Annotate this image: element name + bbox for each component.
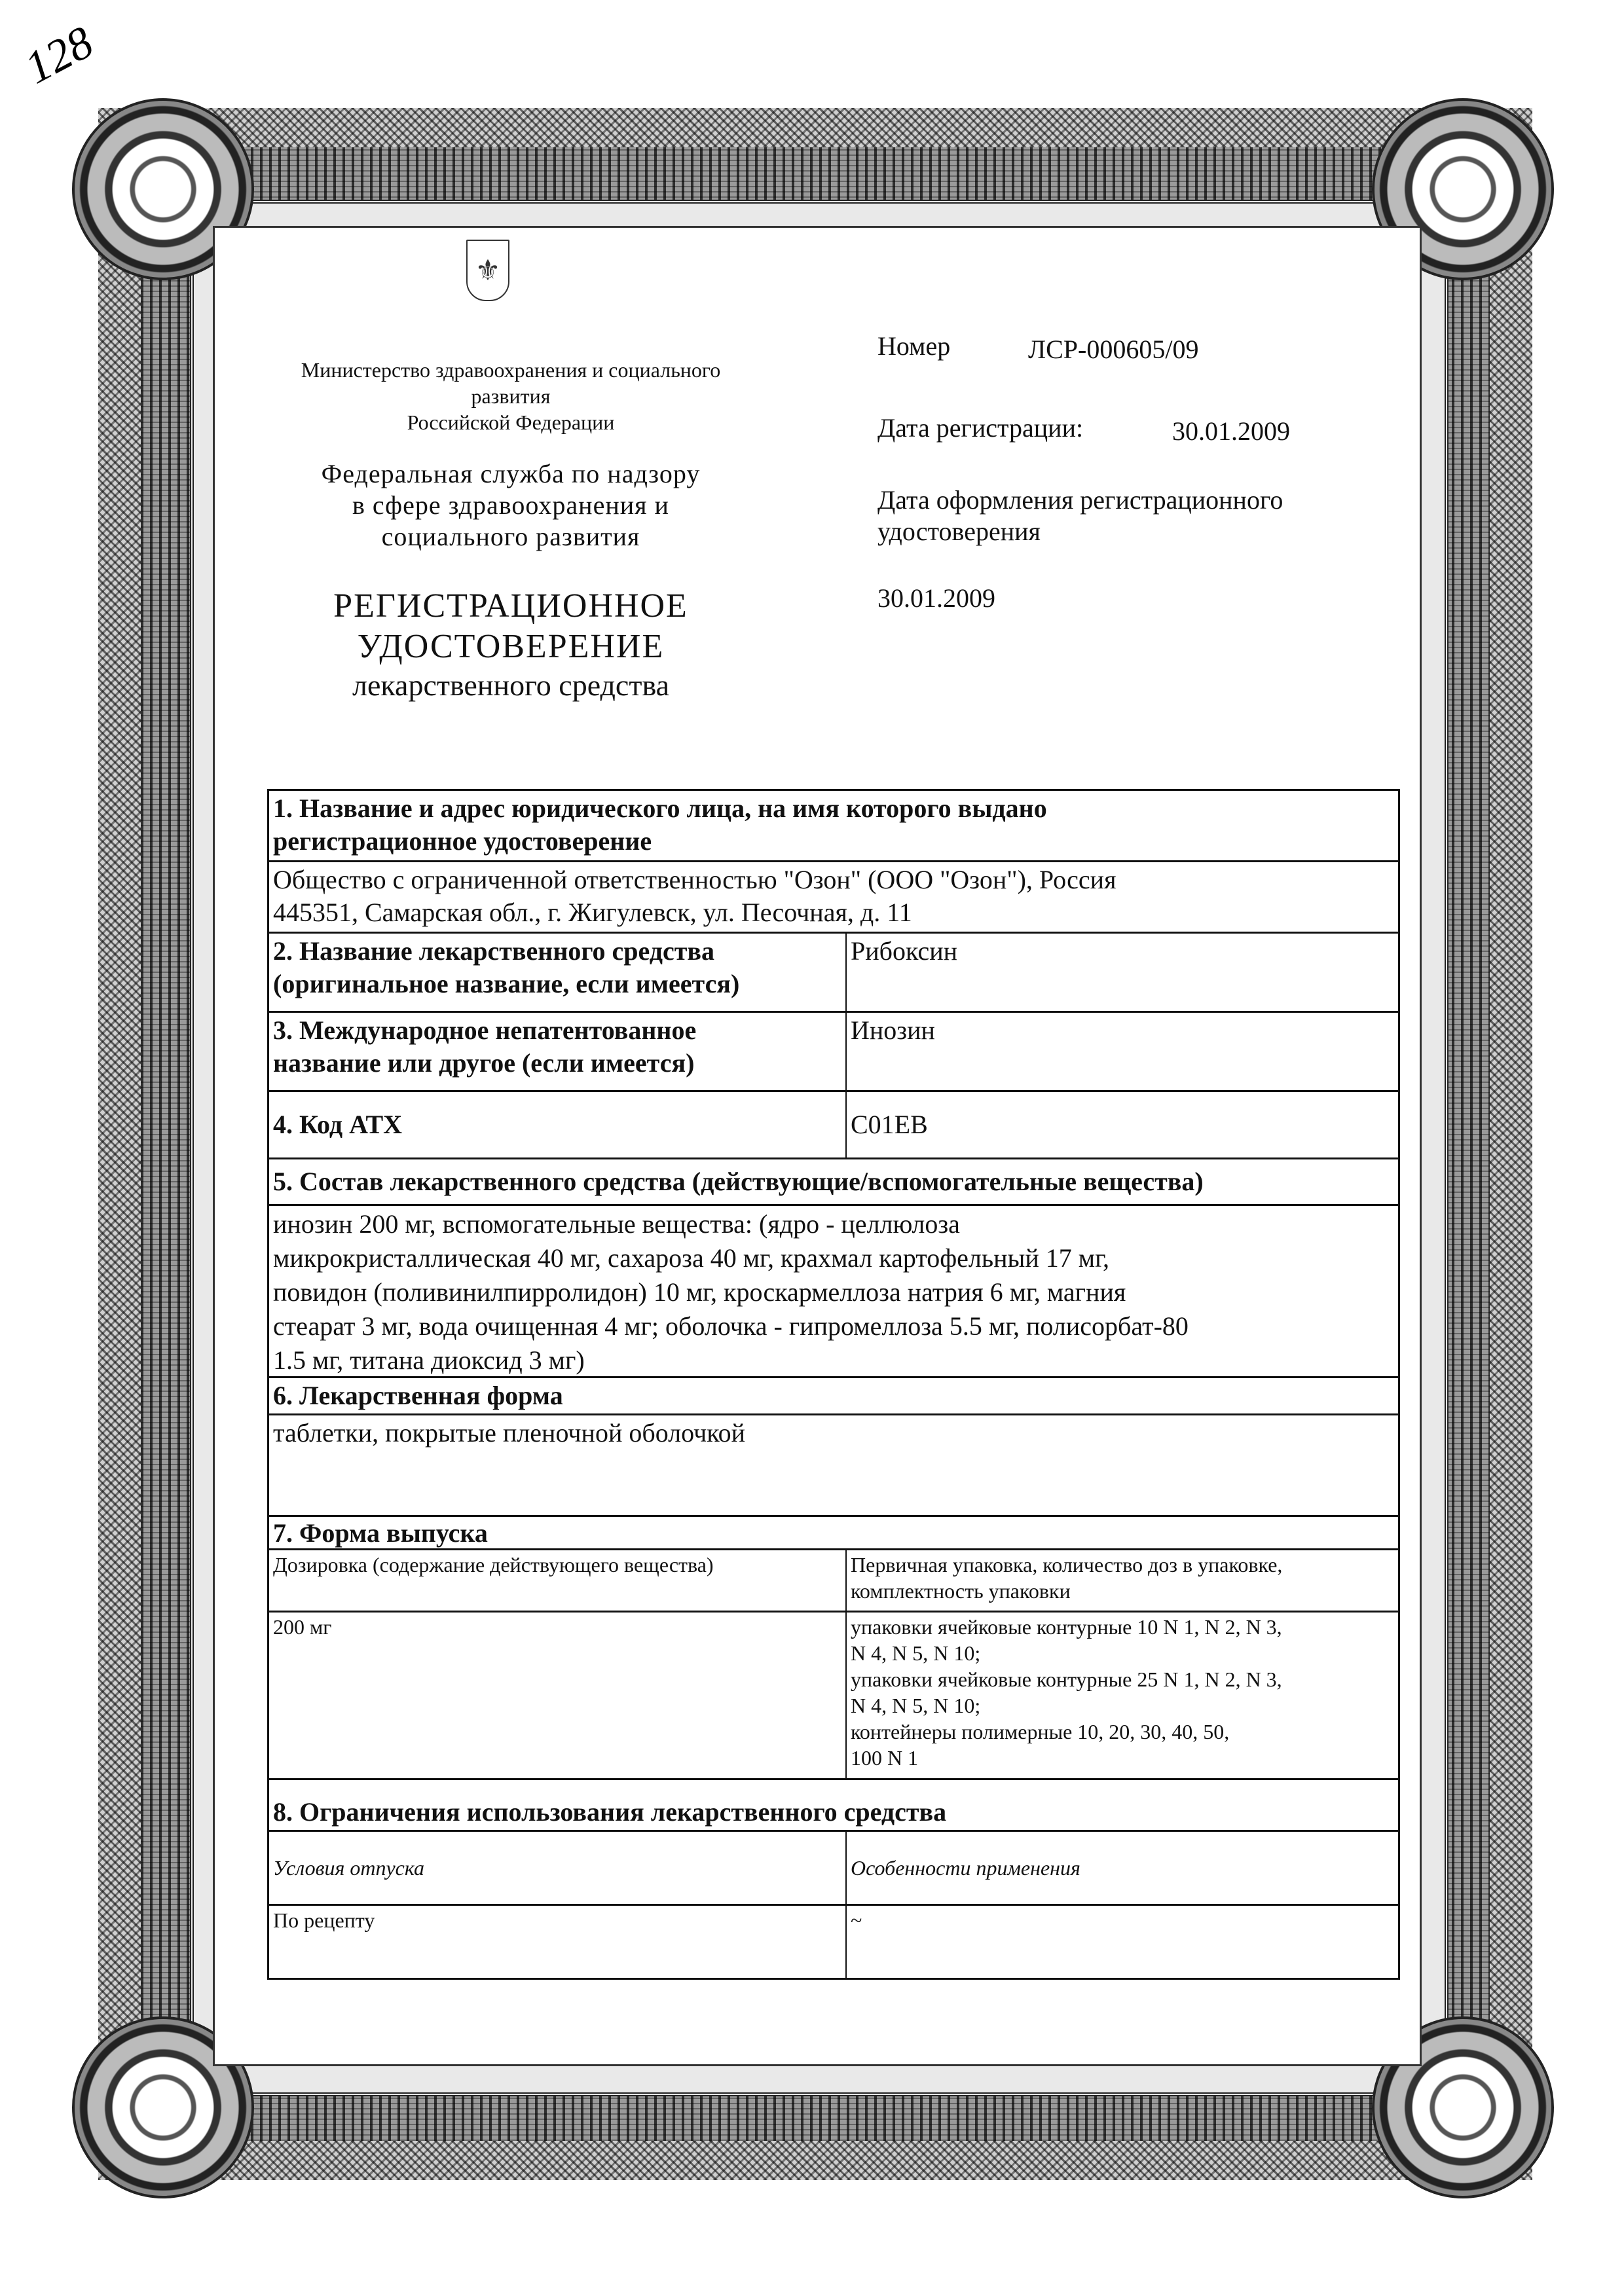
service-line: в сфере здравоохранения и [216, 490, 805, 521]
drug-name: Рибоксин [847, 934, 1398, 1011]
atc-code: C01EB [847, 1092, 1398, 1157]
header-line: Первичная упаковка, количество доз в упа… [851, 1552, 1394, 1578]
section-5-heading: 5. Состав лекарственного средства (дейст… [269, 1159, 1398, 1206]
section-4-row: 4. Код АТХ C01EB [269, 1092, 1398, 1159]
section-8-column-headers: Условия отпуска Особенности применения [269, 1832, 1398, 1906]
packaging-list: упаковки ячейковые контурные 10 N 1, N 2… [847, 1613, 1398, 1778]
heading-line: 2. Название лекарственного средства [273, 935, 841, 968]
heading-line: 1. Название и адрес юридического лица, н… [273, 792, 1394, 825]
federal-service-name: Федеральная служба по надзору в сфере зд… [216, 458, 805, 553]
dispensing-value: По рецепту [269, 1906, 847, 1978]
packaging-line: N 4, N 5, N 10; [851, 1692, 1394, 1719]
composition-line: инозин 200 мг, вспомогательные вещества:… [273, 1207, 1394, 1241]
section-8-heading: 8. Ограничения использования лекарственн… [269, 1780, 1398, 1832]
inn-name: Инозин [847, 1013, 1398, 1090]
dosage-form: таблетки, покрытые пленочной оболочкой [269, 1415, 1398, 1515]
registration-date-label: Дата регистрации: [877, 412, 1083, 444]
company-address: 445351, Самарская обл., г. Жигулевск, ул… [273, 896, 1394, 929]
title-line: УДОСТОВЕРЕНИЕ [216, 627, 805, 667]
section-7-values: 200 мг упаковки ячейковые контурные 10 N… [269, 1613, 1398, 1780]
issue-date-label: Дата оформления регистрационного удостов… [877, 484, 1401, 547]
section-1-heading: 1. Название и адрес юридического лица, н… [269, 791, 1398, 862]
packaging-line: 100 N 1 [851, 1745, 1394, 1771]
packaging-line: контейнеры полимерные 10, 20, 30, 40, 50… [851, 1719, 1394, 1745]
ministry-line: Российской Федерации [216, 409, 805, 435]
dosage-column-header: Дозировка (содержание действующего вещес… [269, 1550, 847, 1611]
dispensing-column-header: Условия отпуска [269, 1832, 847, 1904]
packaging-line: упаковки ячейковые контурные 25 N 1, N 2… [851, 1666, 1394, 1692]
ministry-name: Министерство здравоохранения и социально… [216, 357, 805, 435]
composition-text: инозин 200 мг, вспомогательные вещества:… [269, 1206, 1398, 1376]
section-3-row: 3. Международное непатентованное названи… [269, 1013, 1398, 1092]
coat-of-arms-icon: ⚜ [466, 240, 509, 301]
atc-label: 4. Код АТХ [269, 1092, 847, 1157]
section-8-values: По рецепту ~ [269, 1906, 1398, 1980]
number-label: Номер [877, 331, 950, 362]
section-6-heading: 6. Лекарственная форма [269, 1378, 1398, 1415]
packaging-line: N 4, N 5, N 10; [851, 1640, 1394, 1666]
usage-notes-value: ~ [847, 1906, 1398, 1978]
usage-column-header: Особенности применения [847, 1832, 1398, 1904]
section-7-column-headers: Дозировка (содержание действующего вещес… [269, 1550, 1398, 1613]
issue-date-label-line: Дата оформления регистрационного [877, 484, 1401, 516]
section-6-value: таблетки, покрытые пленочной оболочкой [269, 1415, 1398, 1517]
ministry-line: развития [216, 383, 805, 409]
composition-line: повидон (поливинилпирролидон) 10 мг, кро… [273, 1275, 1394, 1309]
title-line: РЕГИСТРАЦИОННОЕ [216, 586, 805, 627]
heading-line: (оригинальное название, если имеется) [273, 968, 841, 1000]
section-1-value: Общество с ограниченной ответственностью… [269, 862, 1398, 934]
number-value: ЛСР-000605/09 [1028, 334, 1199, 365]
packaging-line: упаковки ячейковые контурные 10 N 1, N 2… [851, 1614, 1394, 1640]
company-name: Общество с ограниченной ответственностью… [273, 864, 1394, 896]
section-2-row: 2. Название лекарственного средства (ори… [269, 934, 1398, 1013]
issue-date-label-line: удостоверения [877, 516, 1401, 547]
packaging-column-header: Первичная упаковка, количество доз в упа… [847, 1550, 1398, 1611]
composition-line: стеарат 3 мг, вода очищенная 4 мг; оболо… [273, 1309, 1394, 1343]
header-line: комплектность упаковки [851, 1578, 1394, 1604]
handwritten-page-number: 128 [16, 16, 101, 95]
service-line: социального развития [216, 521, 805, 553]
section-5-value: инозин 200 мг, вспомогательные вещества:… [269, 1206, 1398, 1378]
certificate-subtitle: лекарственного средства [216, 668, 805, 703]
composition-line: микрокристаллическая 40 мг, сахароза 40 … [273, 1241, 1394, 1275]
certificate-table: 1. Название и адрес юридического лица, н… [267, 789, 1400, 1980]
section-7-heading: 7. Форма выпуска [269, 1517, 1398, 1550]
heading-line: название или другое (если имеется) [273, 1047, 841, 1080]
composition-line: 1.5 мг, титана диоксид 3 мг) [273, 1343, 1394, 1377]
heading-line: регистрационное удостоверение [273, 825, 1394, 858]
ministry-line: Министерство здравоохранения и социально… [216, 357, 805, 383]
service-line: Федеральная служба по надзору [216, 458, 805, 490]
registration-date-value: 30.01.2009 [1172, 416, 1290, 447]
dosage-value: 200 мг [269, 1613, 847, 1778]
heading-line: 3. Международное непатентованное [273, 1014, 841, 1047]
issue-date-value: 30.01.2009 [877, 583, 995, 614]
certificate-title: РЕГИСТРАЦИОННОЕ УДОСТОВЕРЕНИЕ [216, 586, 805, 667]
